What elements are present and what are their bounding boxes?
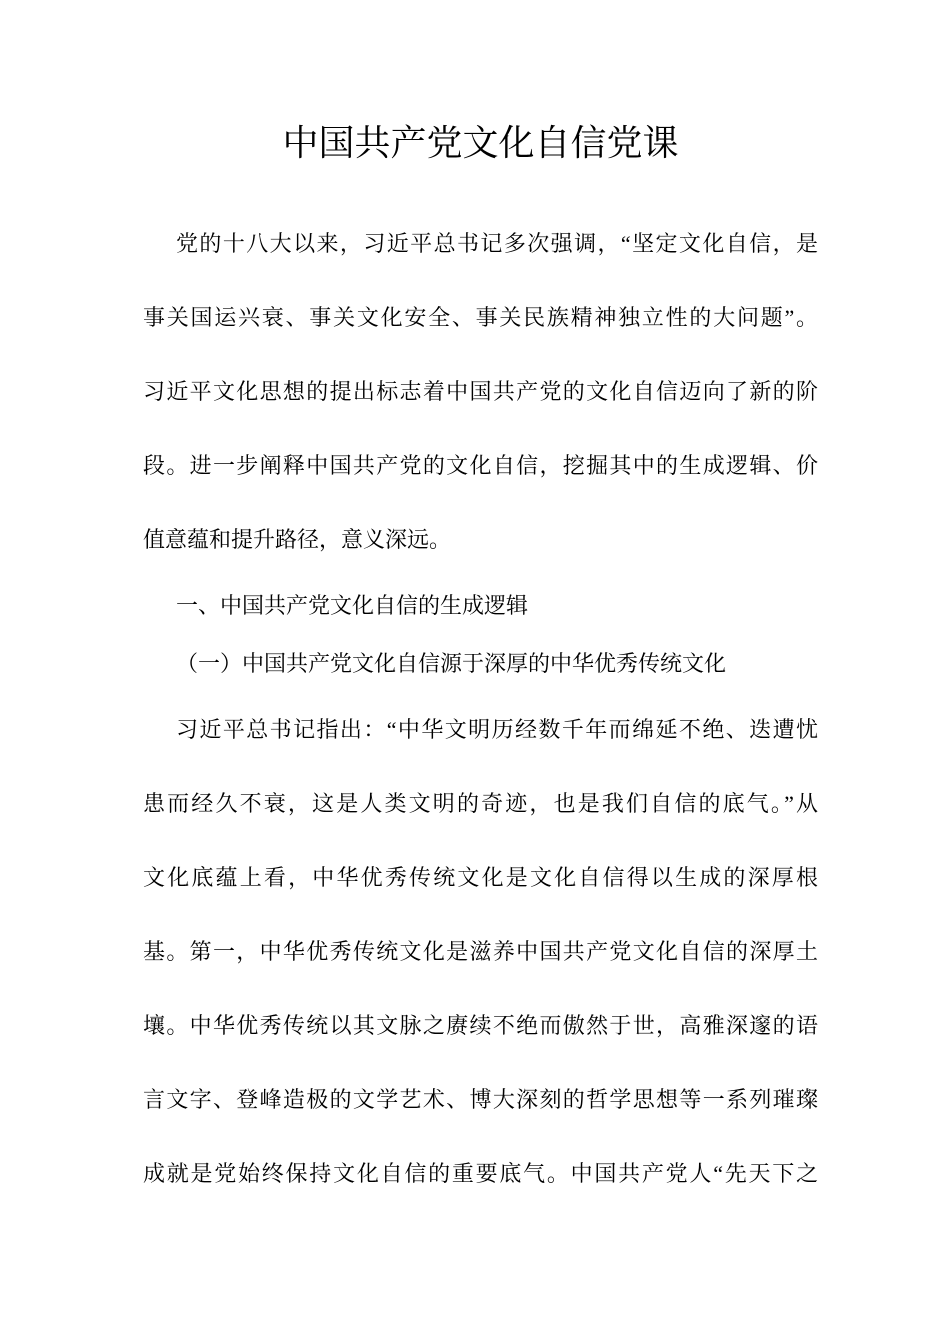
document-content: 中国共产党文化自信党课 党的十八大以来，习近平总书记多次强调，“坚定文化自信，是…: [0, 0, 950, 1211]
document-title: 中国共产党文化自信党课: [143, 118, 818, 168]
paragraph-line: 患而经久不衰，这是人类文明的奇迹，也是我们自信的底气。”从: [143, 767, 818, 841]
paragraph-line: 习近平文化思想的提出标志着中国共产党的文化自信迈向了新的阶: [143, 355, 818, 429]
paragraph-line: 段。进一步阐释中国共产党的文化自信，挖掘其中的生成逻辑、价: [143, 429, 818, 503]
paragraph-line: 成就是党始终保持文化自信的重要底气。中国共产党人“先天下之: [143, 1137, 818, 1211]
section-heading-1: 一、中国共产党文化自信的生成逻辑: [143, 577, 818, 635]
paragraph-line: 值意蕴和提升路径，意义深远。: [143, 503, 818, 577]
document-page: 中国共产党文化自信党课 党的十八大以来，习近平总书记多次强调，“坚定文化自信，是…: [0, 0, 950, 1344]
paragraph-body: 习近平总书记指出：“中华文明历经数千年而绵延不绝、迭遭忧 患而经久不衰，这是人类…: [143, 693, 818, 1211]
paragraph-intro: 党的十八大以来，习近平总书记多次强调，“坚定文化自信，是 事关国运兴衰、事关文化…: [143, 207, 818, 577]
paragraph-line: 事关国运兴衰、事关文化安全、事关民族精神独立性的大问题”。: [143, 281, 818, 355]
paragraph-line: 文化底蕴上看，中华优秀传统文化是文化自信得以生成的深厚根: [143, 841, 818, 915]
paragraph-line: 壤。中华优秀传统以其文脉之赓续不绝而傲然于世，高雅深邃的语: [143, 989, 818, 1063]
paragraph-line: 言文字、登峰造极的文学艺术、博大深刻的哲学思想等一系列璀璨: [143, 1063, 818, 1137]
paragraph-line: 党的十八大以来，习近平总书记多次强调，“坚定文化自信，是: [143, 207, 818, 281]
paragraph-line: 基。第一，中华优秀传统文化是滋养中国共产党文化自信的深厚土: [143, 915, 818, 989]
subsection-heading-1-1: （一）中国共产党文化自信源于深厚的中华优秀传统文化: [143, 635, 818, 693]
paragraph-line: 习近平总书记指出：“中华文明历经数千年而绵延不绝、迭遭忧: [143, 693, 818, 767]
